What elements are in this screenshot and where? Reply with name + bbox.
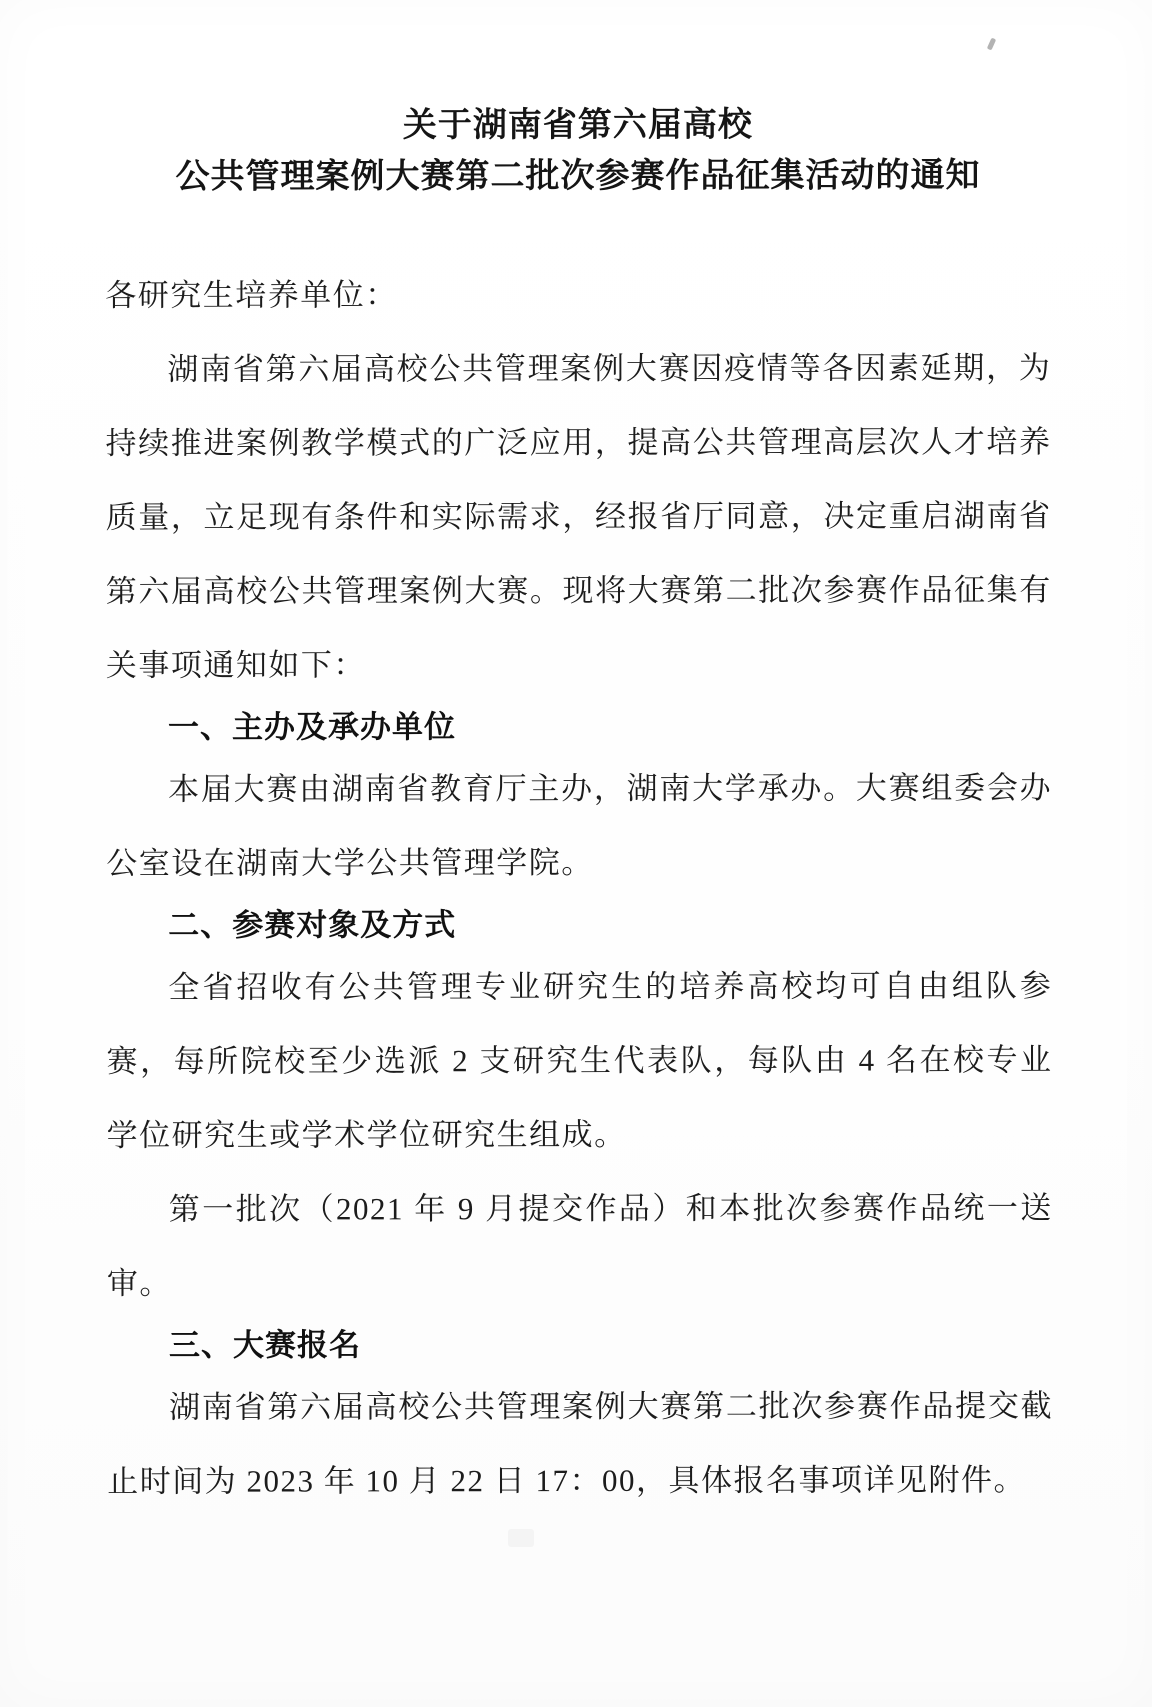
scanned-notice-page: 关于湖南省第六届高校 公共管理案例大赛第二批次参赛作品征集活动的通知 各研究生培…: [0, 0, 1152, 1707]
intro-paragraph: 湖南省第六届高校公共管理案例大赛因疫情等各因素延期，为持续推进案例教学模式的广泛…: [105, 331, 1052, 703]
section-1-paragraph-1: 本届大赛由湖南省教育厅主办，湖南大学承办。大赛组委会办公室设在湖南大学公共管理学…: [106, 751, 1052, 901]
section-heading-3: 三、大赛报名: [107, 1319, 1053, 1371]
section-2-paragraph-2: 第一批次（2021 年 9 月提交作品）和本批次参赛作品统一送审。: [107, 1171, 1053, 1321]
scan-smudge-artifact: [508, 1529, 534, 1547]
section-heading-1: 一、主办及承办单位: [106, 701, 1052, 753]
document-title: 关于湖南省第六届高校 公共管理案例大赛第二批次参赛作品征集活动的通知: [105, 99, 1051, 203]
section-2-paragraph-1: 全省招收有公共管理专业研究生的培养高校均可自由组队参赛，每所院校至少选派 2 支…: [106, 949, 1052, 1173]
document-title-line-2: 公共管理案例大赛第二批次参赛作品征集活动的通知: [105, 150, 1051, 203]
section-3-paragraph-1: 湖南省第六届高校公共管理案例大赛第二批次参赛作品提交截止时间为 2023 年 1…: [107, 1369, 1053, 1519]
salutation: 各研究生培养单位：: [105, 257, 1051, 333]
section-heading-2: 二、参赛对象及方式: [106, 899, 1052, 951]
document-content: 关于湖南省第六届高校 公共管理案例大赛第二批次参赛作品征集活动的通知 各研究生培…: [0, 0, 1152, 1519]
document-title-line-1: 关于湖南省第六届高校: [105, 99, 1051, 152]
